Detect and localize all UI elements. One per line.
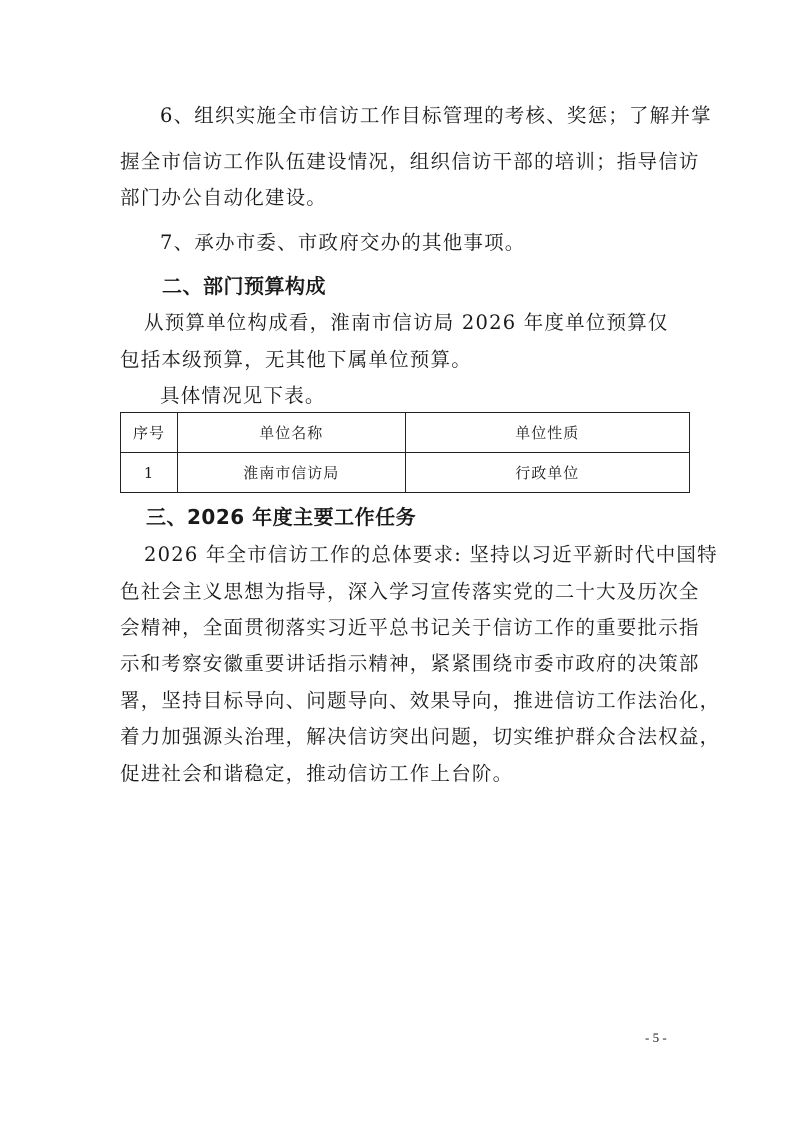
cell-unit-type: 行政单位 [405,453,690,493]
table-header-row: 序号 单位名称 单位性质 [121,413,690,453]
cell-unit-name: 淮南市信访局 [177,453,405,493]
header-cell-unit-name: 单位名称 [177,413,405,453]
section2-body-line1: 从预算单位构成看，淮南市信访局 2026 年度单位预算仅 [144,311,669,335]
section3-body-line7: 促进社会和谐稳定，推动信访工作上台阶。 [120,762,513,786]
section3-body-line1: 2026 年全市信访工作的总体要求: 坚持以习近平新时代中国特 [144,543,718,567]
header-cell-unit-type: 单位性质 [405,413,690,453]
section2-body-line2: 包括本级预算，无其他下属单位预算。 [120,348,472,372]
section3-heading: 三、2026 年度主要工作任务 [146,505,416,529]
paragraph-item6-line3: 部门办公自动化建设。 [120,186,327,210]
paragraph-item6-line2: 握全市信访工作队伍建设情况，组织信访干部的培训；指导信访 [120,150,700,174]
section3-body-line5: 署，坚持目标导向、问题导向、效果导向，推进信访工作法治化， [120,689,720,713]
table-row: 1 淮南市信访局 行政单位 [121,453,690,493]
cell-seq: 1 [121,453,178,493]
section3-body-line3: 会精神，全面贯彻落实习近平总书记关于信访工作的重要批示指 [120,616,700,640]
paragraph-item7: 7、承办市委、市政府交办的其他事项。 [160,231,526,255]
section3-body-line2: 色社会主义思想为指导，深入学习宣传落实党的二十大及历次全 [120,580,700,604]
header-cell-seq: 序号 [121,413,178,453]
table-intro: 具体情况见下表。 [160,384,326,408]
unit-table: 序号 单位名称 单位性质 1 淮南市信访局 行政单位 [120,412,690,493]
section3-body-line4: 示和考察安徽重要讲话指示精神，紧紧围绕市委市政府的决策部 [120,652,700,676]
section3-body-line6: 着力加强源头治理，解决信访突出问题，切实维护群众合法权益， [120,725,720,749]
page-number: - 5 - [645,1030,667,1046]
section2-heading: 二、部门预算构成 [162,274,326,298]
paragraph-item6-line1: 6、组织实施全市信访工作目标管理的考核、奖惩；了解并掌 [160,104,712,128]
